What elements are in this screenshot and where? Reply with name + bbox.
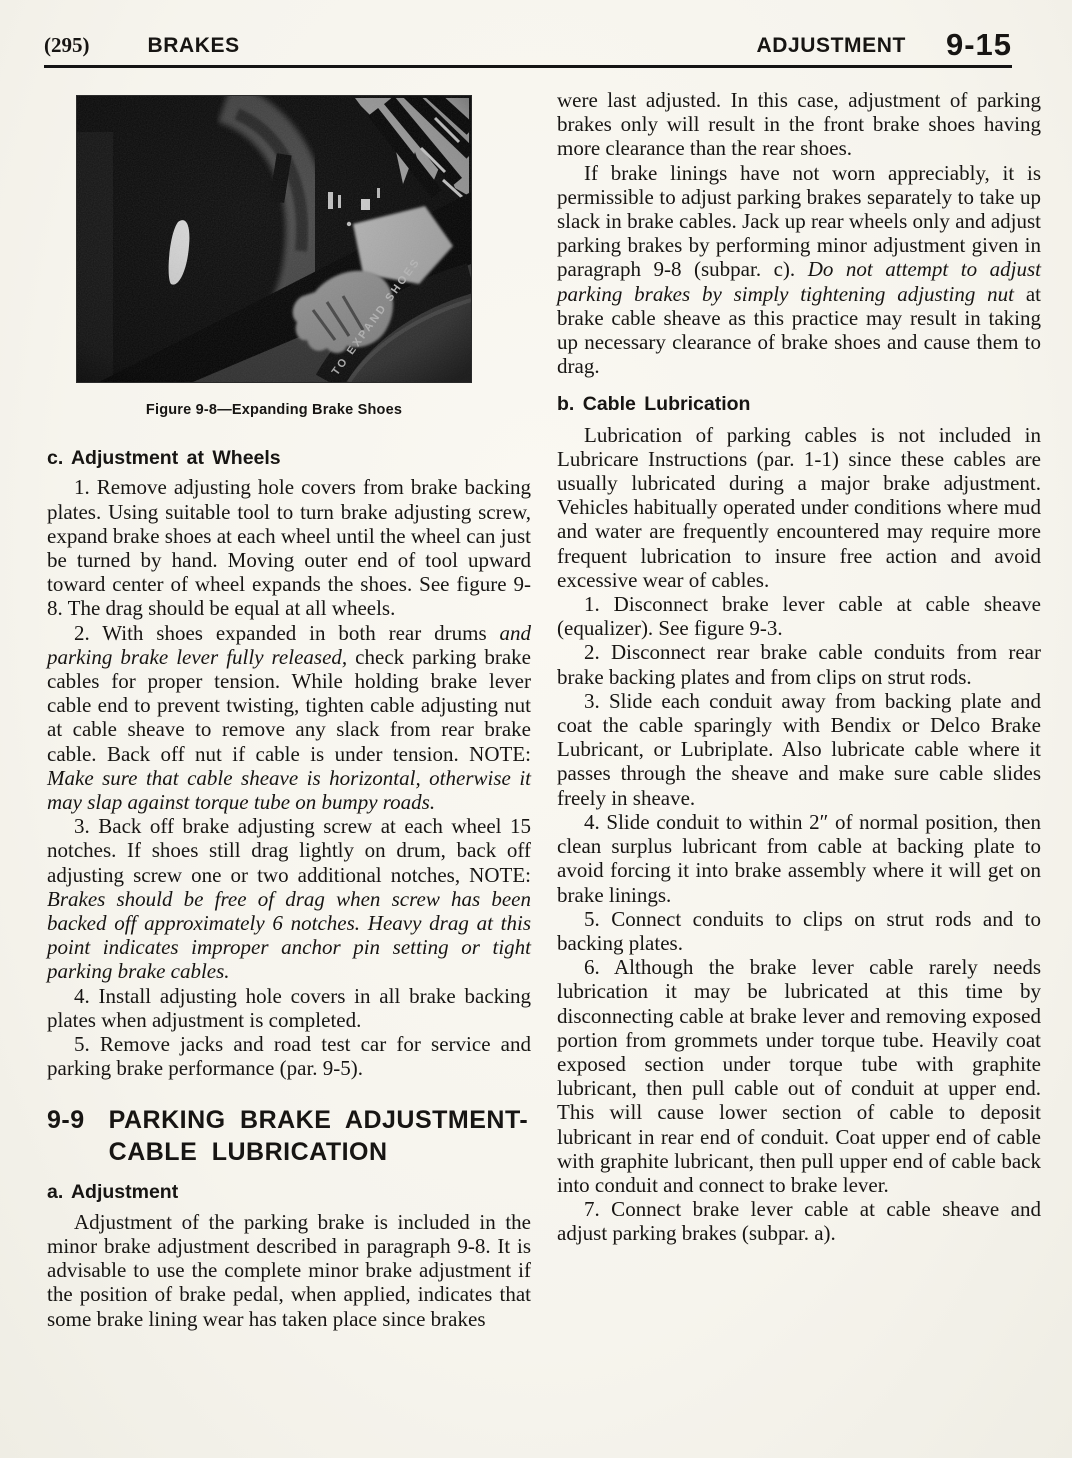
section-title-line2: CABLE LUBRICATION — [109, 1138, 388, 1166]
column-left: TO EXPAND SHOES Figure 9-8—Expanding Bra… — [47, 96, 531, 1331]
paragraph-if-linings: If brake linings have not worn appreciab… — [557, 161, 1041, 379]
paragraph-lube-step-4: 4. Slide conduit to within 2″ of normal … — [557, 810, 1041, 907]
step-2-text-a: 2. With shoes expanded in both rear drum… — [74, 621, 500, 645]
paragraph-step-1: 1. Remove adjusting hole covers from bra… — [47, 475, 531, 620]
page-number: 9-15 — [946, 32, 1012, 58]
paragraph-step-4: 4. Install adjusting hole covers in all … — [47, 984, 531, 1032]
paragraph-lube-step-7: 7. Connect brake lever cable at cable sh… — [557, 1197, 1041, 1245]
paragraph-a-adjustment: Adjustment of the parking brake is inclu… — [47, 1210, 531, 1331]
step-2-italic-b: Make sure that cable sheave is horizonta… — [47, 766, 531, 814]
section-title-left: BRAKES — [148, 34, 240, 58]
paragraph-lube-step-1: 1. Disconnect brake lever cable at cable… — [557, 592, 1041, 640]
section-number: 9-9 — [47, 1104, 85, 1168]
heading-a-adjustment: a. Adjustment — [47, 1180, 531, 1204]
heading-c-adjustment-at-wheels: c. Adjustment at Wheels — [47, 446, 531, 470]
paragraph-step-2: 2. With shoes expanded in both rear drum… — [47, 621, 531, 815]
section-title-line1: PARKING BRAKE ADJUSTMENT- — [109, 1106, 529, 1134]
section-title: PARKING BRAKE ADJUSTMENT- CABLE LUBRICAT… — [109, 1104, 529, 1168]
section-9-9-heading: 9-9 PARKING BRAKE ADJUSTMENT- CABLE LUBR… — [47, 1104, 531, 1168]
paragraph-lubrication-intro: Lubrication of parking cables is not inc… — [557, 423, 1041, 592]
figure-9-8: TO EXPAND SHOES — [77, 96, 471, 382]
column-right: were last adjusted. In this case, adjust… — [557, 88, 1041, 1246]
paragraph-lube-step-2: 2. Disconnect rear brake cable conduits … — [557, 640, 1041, 688]
section-title-right: ADJUSTMENT — [756, 34, 906, 58]
paragraph-continuation: were last adjusted. In this case, adjust… — [557, 88, 1041, 161]
header-left: (295) BRAKES — [44, 33, 240, 58]
header-right: ADJUSTMENT 9-15 — [756, 32, 1012, 58]
paragraph-lube-step-6: 6. Although the brake lever cable rarely… — [557, 955, 1041, 1197]
step-3-text-a: 3. Back off brake adjusting screw at eac… — [47, 814, 531, 886]
paragraph-step-5: 5. Remove jacks and road test car for se… — [47, 1032, 531, 1080]
paragraph-step-3: 3. Back off brake adjusting screw at eac… — [47, 814, 531, 983]
page-header: (295) BRAKES ADJUSTMENT 9-15 — [44, 32, 1012, 68]
step-3-italic-a: Brakes should be free of drag when screw… — [47, 887, 531, 984]
page-note: (295) — [44, 33, 90, 58]
figure-caption: Figure 9-8—Expanding Brake Shoes — [77, 398, 471, 422]
photo-vignette — [77, 96, 471, 382]
heading-b-cable-lubrication: b. Cable Lubrication — [557, 392, 1041, 416]
figure-photo: TO EXPAND SHOES — [77, 96, 471, 382]
paragraph-lube-step-5: 5. Connect conduits to clips on strut ro… — [557, 907, 1041, 955]
paragraph-lube-step-3: 3. Slide each conduit away from backing … — [557, 689, 1041, 810]
manual-page: (295) BRAKES ADJUSTMENT 9-15 — [0, 0, 1072, 1458]
